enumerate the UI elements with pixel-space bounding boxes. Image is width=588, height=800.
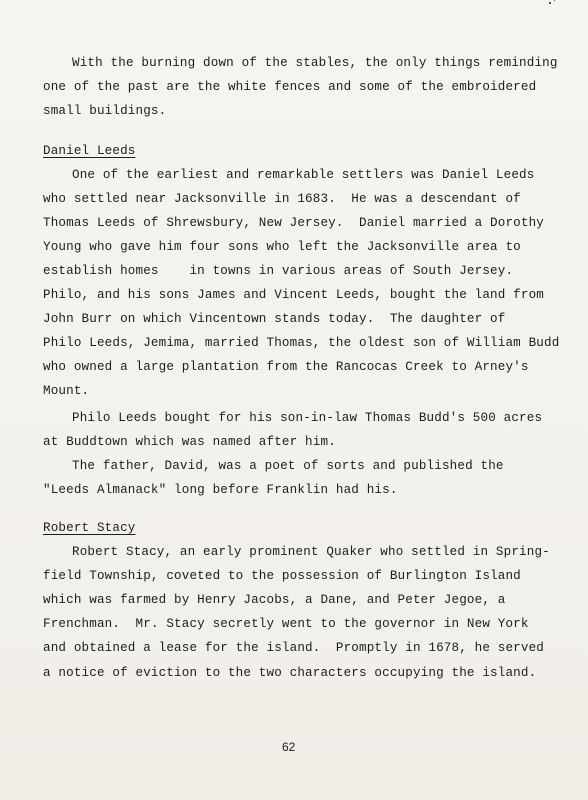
text-line: The father, David, was a poet of sorts a… [72,458,504,474]
text-line: Young who gave him four sons who left th… [43,239,521,255]
text-line: at Buddtown which was named after him. [43,434,336,450]
document-page: With the burning down of the stables, th… [0,0,588,800]
text-line: "Leeds Almanack" long before Franklin ha… [43,482,398,498]
text-line: With the burning down of the stables, th… [72,55,558,71]
section-heading-daniel-leeds: Daniel Leeds [43,143,136,159]
text-line: Mount. [43,383,89,399]
paper-speck [549,2,551,4]
text-line: small buildings. [43,103,166,119]
text-line: one of the past are the white fences and… [43,79,536,95]
text-line: Philo Leeds, Jemima, married Thomas, the… [43,335,559,351]
text-line: who owned a large plantation from the Ra… [43,359,529,375]
paper-speck [554,0,555,1]
text-line: Philo, and his sons James and Vincent Le… [43,287,544,303]
text-line: which was farmed by Henry Jacobs, a Dane… [43,592,505,608]
text-line: who settled near Jacksonville in 1683. H… [43,191,521,207]
text-line: One of the earliest and remarkable settl… [72,167,534,183]
text-line: Frenchman. Mr. Stacy secretly went to th… [43,616,529,632]
text-line: John Burr on which Vincentown stands tod… [43,311,505,327]
section-heading-robert-stacy: Robert Stacy [43,520,136,536]
text-line: Robert Stacy, an early prominent Quaker … [72,544,550,560]
text-line: field Township, coveted to the possessio… [43,568,521,584]
text-line: establish homes in towns in various area… [43,263,513,279]
page-number: 62 [282,740,295,754]
text-line: Thomas Leeds of Shrewsbury, New Jersey. … [43,215,544,231]
text-line: and obtained a lease for the island. Pro… [43,640,544,656]
text-line: Philo Leeds bought for his son-in-law Th… [72,410,542,426]
text-line: a notice of eviction to the two characte… [43,665,536,681]
